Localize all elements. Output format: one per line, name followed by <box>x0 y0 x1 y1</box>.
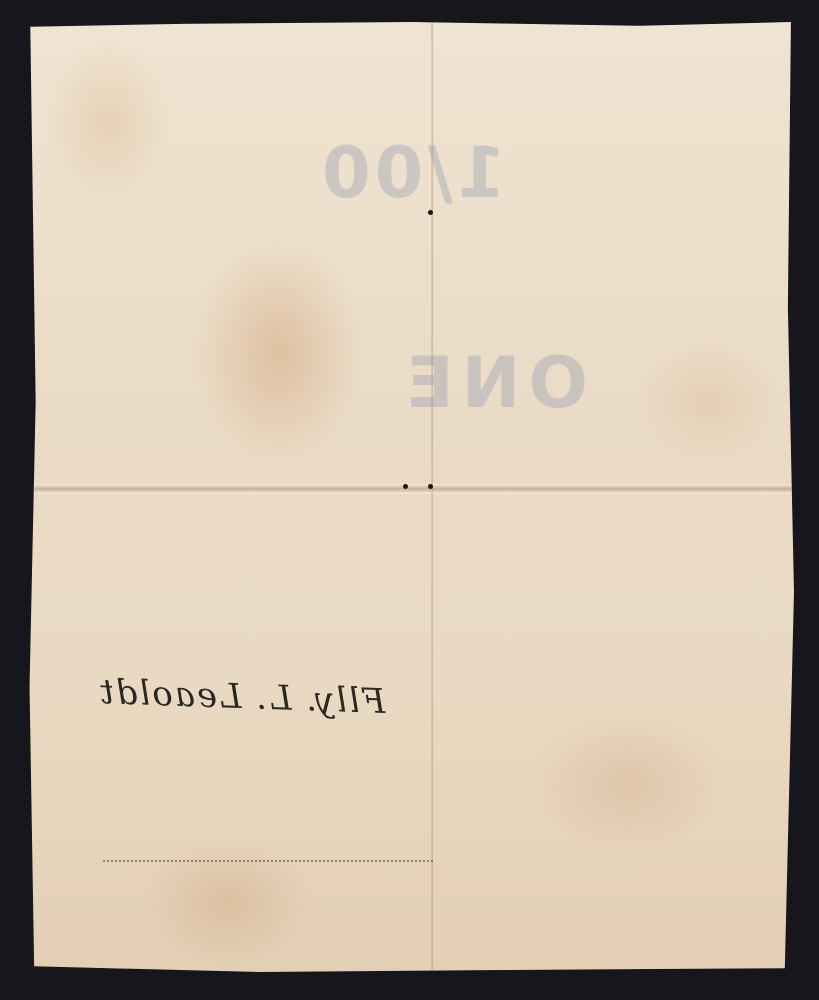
bleed-through-word: ONE <box>398 342 588 424</box>
pin-hole <box>428 484 433 489</box>
pin-hole <box>428 210 433 215</box>
handwritten-signature: Flly. L. Leaoldt <box>97 672 386 722</box>
bleed-through-number: 1/00 <box>318 132 506 214</box>
paper-note: 1/00 ONE Flly. L. Leaoldt <box>28 22 794 972</box>
dotted-signature-line <box>103 860 433 862</box>
horizontal-fold-line <box>28 484 794 494</box>
pin-hole <box>403 484 408 489</box>
